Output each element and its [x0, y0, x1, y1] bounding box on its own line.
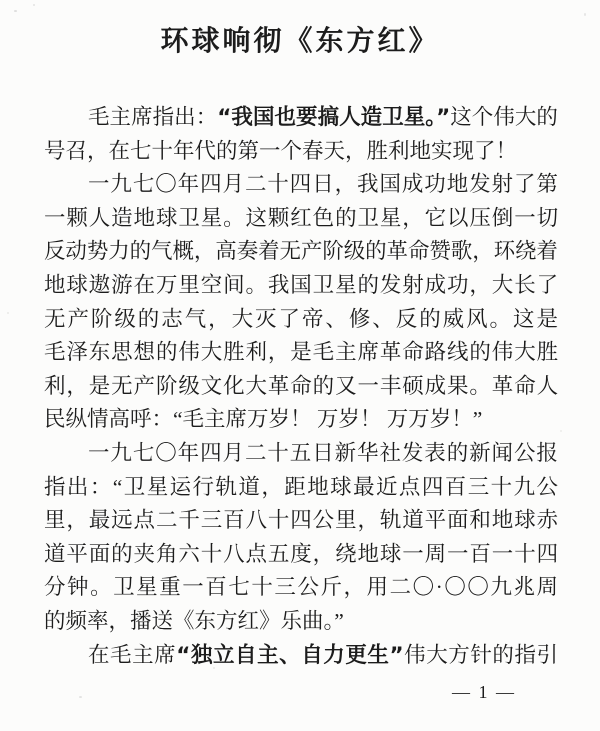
scan-speck	[14, 10, 17, 12]
emphasis-text: “独立自主、自力更生”	[176, 643, 404, 668]
body-text: 无产阶级的志气，大灭了帝、修、反的威风。这是	[44, 307, 558, 331]
body-text: 利，是无产阶级文化大革命的又一丰硕成果。革命人	[44, 374, 558, 398]
scan-speck	[584, 13, 586, 16]
body-text: 的频率，播送《东方红》乐曲。”	[44, 609, 344, 633]
page-title: 环球响彻《东方红》	[0, 22, 600, 62]
scan-speck	[560, 430, 562, 432]
body-text: 一九七〇年四月二十五日新华社发表的新闻公报	[88, 441, 558, 465]
body-text: 毛主席指出：	[88, 105, 217, 129]
text-line: 毛主席指出：“我国也要搞人造卫星。”这个伟大的	[44, 101, 558, 135]
text-line: 地球遨游在万里空间。我国卫星的发射成功，大长了	[44, 269, 558, 303]
text-line: 一颗人造地球卫星。这颗红色的卫星，它以压倒一切	[44, 202, 558, 236]
page-number: — 1 —	[452, 680, 516, 704]
scan-speck	[33, 4, 35, 6]
scan-speck	[79, 696, 82, 698]
body-text: 毛泽东思想的伟大胜利，是毛主席革命路线的伟大胜	[44, 340, 558, 364]
text-line: 一九七〇年四月二十五日新华社发表的新闻公报	[44, 437, 558, 471]
emphasis-text: “我国也要搞人造卫星。”	[217, 105, 450, 130]
text-line: 指出：“卫星运行轨道，距地球最近点四百三十九公	[44, 471, 558, 505]
body-text: 民纵情高呼：“毛主席万岁！ 万岁！ 万万岁！”	[44, 407, 482, 431]
body-text: 一颗人造地球卫星。这颗红色的卫星，它以压倒一切	[44, 206, 558, 230]
body-text: 道平面的夹角六十八点五度，绕地球一周一百一十四	[44, 542, 558, 566]
text-line: 里，最远点二千三百八十四公里，轨道平面和地球赤	[44, 504, 558, 538]
page-body: 毛主席指出：“我国也要搞人造卫星。”这个伟大的号召，在七十年代的第一个春天，胜利…	[44, 101, 558, 672]
body-text: 伟大方针的指引	[404, 643, 558, 667]
text-line: 利，是无产阶级文化大革命的又一丰硕成果。革命人	[44, 370, 558, 404]
text-line: 道平面的夹角六十八点五度，绕地球一周一百一十四	[44, 538, 558, 572]
body-text: 指出：“卫星运行轨道，距地球最近点四百三十九公	[44, 475, 558, 499]
text-line: 反动势力的气概，高奏着无产阶级的革命赞歌，环绕着	[44, 235, 558, 269]
text-line: 毛泽东思想的伟大胜利，是毛主席革命路线的伟大胜	[44, 336, 558, 370]
body-text: 在毛主席	[88, 643, 176, 667]
text-line: 无产阶级的志气，大灭了帝、修、反的威风。这是	[44, 303, 558, 337]
body-text: 反动势力的气概，高奏着无产阶级的革命赞歌，环绕着	[44, 239, 558, 263]
scan-speck	[7, 312, 9, 314]
text-line: 分钟。卫星重一百七十三公斤，用二〇·〇〇九兆周	[44, 571, 558, 605]
body-text: 号召，在七十年代的第一个春天，胜利地实现了！	[44, 139, 517, 163]
body-text: 一九七〇年四月二十四日，我国成功地发射了第	[88, 172, 558, 196]
text-line: 号召，在七十年代的第一个春天，胜利地实现了！	[44, 135, 558, 169]
text-line: 民纵情高呼：“毛主席万岁！ 万岁！ 万万岁！”	[44, 403, 558, 437]
text-line: 在毛主席“独立自主、自力更生”伟大方针的指引	[44, 639, 558, 673]
text-line: 一九七〇年四月二十四日，我国成功地发射了第	[44, 168, 558, 202]
body-text: 里，最远点二千三百八十四公里，轨道平面和地球赤	[44, 508, 558, 532]
text-line: 的频率，播送《东方红》乐曲。”	[44, 605, 558, 639]
body-text: 地球遨游在万里空间。我国卫星的发射成功，大长了	[44, 273, 558, 297]
body-text: 分钟。卫星重一百七十三公斤，用二〇·〇〇九兆周	[44, 575, 558, 599]
scanned-page: 环球响彻《东方红》 毛主席指出：“我国也要搞人造卫星。”这个伟大的号召，在七十年…	[0, 0, 600, 731]
body-text: 这个伟大的	[450, 105, 558, 129]
